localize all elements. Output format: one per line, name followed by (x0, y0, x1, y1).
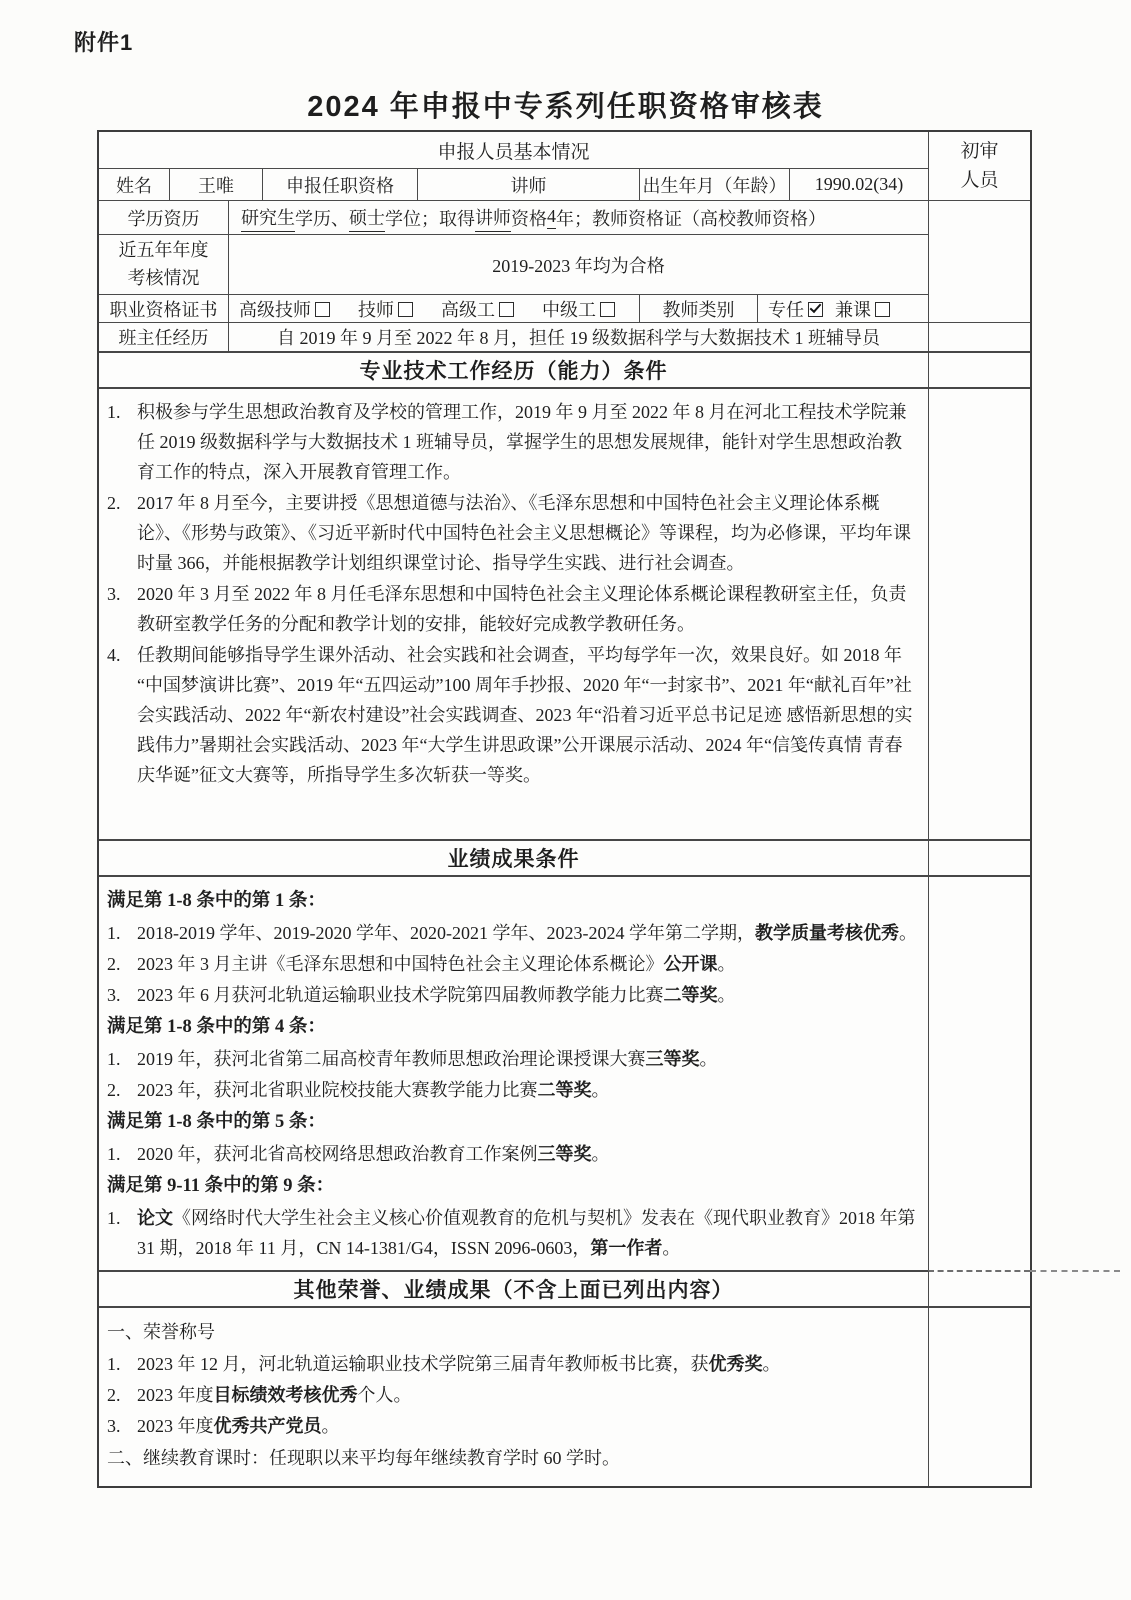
text-segment: 。 (662, 1238, 680, 1258)
text-segment: 一、荣誉称号 (107, 1322, 215, 1342)
item-text: 2019 年，获河北省第二届高校青年教师思想政治理论课授课大赛三等奖。 (137, 1044, 918, 1074)
text-segment: 。 (718, 985, 736, 1005)
reviewer-header: 初审人员 (928, 132, 1030, 200)
text-segment: 满足第 1-8 条中的第 1 条： (107, 891, 326, 911)
certificate-options: 高级技师技师高级工中级工 (229, 295, 639, 322)
section-title-ability: 专业技术工作经历（能力）条件 (99, 351, 928, 387)
checkbox-option: 专任 (768, 296, 823, 322)
text-segment: 三等奖 (646, 1049, 700, 1069)
text-segment: 2023 年 3 月主讲《毛泽东思想和中国特色社会主义理论体系概论》 (137, 954, 664, 974)
text-segment: 2019 年，获河北省第二届高校青年教师思想政治理论课授课大赛 (137, 1049, 646, 1069)
text-segment: 二、继续教育课时：任现职以来平均每年继续教育学时 60 学时。 (107, 1448, 620, 1468)
item-text: 2017 年 8 月至今，主要讲授《思想道德与法治》、《毛泽东思想和中国特色社会… (137, 488, 918, 578)
item-number: 2. (107, 1380, 137, 1410)
text-segment: 《网络时代大学生社会主义核心价值观教育的危机与契机》发表在《现代职业教育》201… (137, 1208, 916, 1258)
checkbox-checked-icon (808, 302, 823, 317)
checkbox-label: 高级工 (441, 300, 495, 320)
certificate-label: 职业资格证书 (99, 295, 229, 322)
reviewer-cell-empty (928, 387, 1030, 839)
item-text: 2023 年 12 月，河北轨道运输职业技术学院第三届青年教师板书比赛，获优秀奖… (137, 1349, 918, 1379)
text-segment: 讲师 (475, 204, 511, 232)
apply-qualification-value: 讲师 (417, 169, 639, 200)
item-text: 2023 年 3 月主讲《毛泽东思想和中国特色社会主义理论体系概论》公开课。 (137, 949, 918, 979)
text-segment: 三等奖 (538, 1144, 592, 1164)
item-text: 2020 年 3 月至 2022 年 8 月任毛泽东思想和中国特色社会主义理论体… (137, 579, 918, 639)
education-row: 学历资历 研究生学历、硕士学位；取得讲师资格 4 年；教师资格证（高校教师资格） (99, 200, 928, 234)
assessment-value: 2019-2023 年均为合格 (229, 235, 928, 294)
text-segment: 。 (899, 923, 917, 943)
list-item: 1.2020 年，获河北省高校网络思想政治教育工作案例三等奖。 (107, 1139, 918, 1169)
text-segment: 年；教师资格证（高校教师资格） (556, 205, 826, 231)
list-item: 3.2023 年 6 月获河北轨道运输职业技术学院第四届教师教学能力比赛二等奖。 (107, 980, 918, 1010)
text-segment: 研究生 (241, 204, 295, 232)
checkbox-empty-icon (499, 302, 514, 317)
text-segment: 满足第 9-11 条中的第 9 条： (107, 1176, 334, 1196)
item-text: 2023 年，获河北省职业院校技能大赛教学能力比赛二等奖。 (137, 1075, 918, 1105)
list-item: 1.2018-2019 学年、2019-2020 学年、2020-2021 学年… (107, 918, 918, 948)
certificate-row: 职业资格证书 高级技师技师高级工中级工 教师类别 专任兼课 (99, 294, 928, 322)
list-item: 2.2017 年 8 月至今，主要讲授《思想道德与法治》、《毛泽东思想和中国特色… (107, 488, 918, 578)
text-segment: 资格 (511, 205, 547, 231)
item-text: 2023 年度目标绩效考核优秀个人。 (137, 1380, 918, 1410)
checkbox-label: 高级技师 (239, 300, 311, 320)
text-segment: 优秀共产党员 (214, 1416, 322, 1436)
item-text: 2023 年 6 月获河北轨道运输职业技术学院第四届教师教学能力比赛二等奖。 (137, 980, 918, 1010)
text-segment: 学位；取得 (385, 205, 475, 231)
item-number: 3. (107, 579, 137, 639)
item-number: 3. (107, 1411, 137, 1441)
review-form-table: 申报人员基本情况 初审人员 姓名 王唯 申报任职资格 讲师 出生年月（年龄） 1… (97, 130, 1032, 1488)
list-item: 1.积极参与学生思想政治教育及学校的管理工作，2019 年 9 月至 2022 … (107, 397, 918, 487)
text-segment: 2023 年，获河北省职业院校技能大赛教学能力比赛 (137, 1080, 538, 1100)
checkbox-label: 中级工 (542, 300, 596, 320)
text-segment: 。 (700, 1049, 718, 1069)
list-item: 1.2019 年，获河北省第二届高校青年教师思想政治理论课授课大赛三等奖。 (107, 1044, 918, 1074)
text-segment: 。 (322, 1416, 340, 1436)
reviewer-cell-empty (928, 1306, 1030, 1486)
text-segment: 。 (763, 1354, 781, 1374)
checkbox-empty-icon (398, 302, 413, 317)
checkbox-option: 技师 (358, 296, 413, 322)
checkbox-label: 技师 (358, 300, 394, 320)
item-number: 1. (107, 1139, 137, 1169)
reviewer-cell-empty (928, 351, 1030, 387)
text-segment: 二等奖 (664, 985, 718, 1005)
condition-heading: 满足第 1-8 条中的第 1 条： (107, 886, 918, 916)
item-number: 1. (107, 397, 137, 487)
text-line: 一、荣誉称号 (107, 1317, 918, 1347)
assessment-row: 近五年年度 考核情况 2019-2023 年均为合格 (99, 234, 928, 294)
checkbox-empty-icon (600, 302, 615, 317)
item-number: 1. (107, 1349, 137, 1379)
list-item: 3.2020 年 3 月至 2022 年 8 月任毛泽东思想和中国特色社会主义理… (107, 579, 918, 639)
text-segment: 目标绩效考核优秀 (214, 1385, 358, 1405)
list-item: 1.2023 年 12 月，河北轨道运输职业技术学院第三届青年教师板书比赛，获优… (107, 1349, 918, 1379)
item-number: 1. (107, 1044, 137, 1074)
apply-qualification-label: 申报任职资格 (262, 169, 417, 200)
education-value: 研究生学历、硕士学位；取得讲师资格 4 年；教师资格证（高校教师资格） (229, 201, 928, 234)
item-number: 1. (107, 918, 137, 948)
reviewer-cell-empty (928, 875, 1030, 1270)
text-segment: 论文 (137, 1208, 173, 1228)
homeroom-value: 自 2019 年 9 月至 2022 年 8 月，担任 19 级数据科学与大数据… (229, 323, 928, 351)
list-item: 2.2023 年度目标绩效考核优秀个人。 (107, 1380, 918, 1410)
reviewer-cell-empty-dashed (928, 1270, 1030, 1306)
text-segment: 优秀奖 (709, 1354, 763, 1374)
section-title-achievement: 业绩成果条件 (99, 839, 928, 875)
section-content-other: 一、荣誉称号1.2023 年 12 月，河北轨道运输职业技术学院第三届青年教师板… (99, 1306, 928, 1486)
text-segment: 2018-2019 学年、2019-2020 学年、2020-2021 学年、2… (137, 923, 755, 943)
list-item: 4.任教期间能够指导学生课外活动、社会实践和社会调查，平均每学年一次，效果良好。… (107, 640, 918, 790)
checkbox-empty-icon (315, 302, 330, 317)
teacher-type-label: 教师类别 (639, 295, 757, 322)
reviewer-cell-empty (928, 322, 1030, 351)
text-line: 二、继续教育课时：任现职以来平均每年继续教育学时 60 学时。 (107, 1443, 918, 1473)
text-segment: 。 (718, 954, 736, 974)
checkbox-label: 兼课 (835, 300, 871, 320)
teacher-type-options: 专任兼课 (757, 295, 928, 322)
item-text: 任教期间能够指导学生课外活动、社会实践和社会调查，平均每学年一次，效果良好。如 … (137, 640, 918, 790)
condition-heading: 满足第 9-11 条中的第 9 条： (107, 1171, 918, 1201)
text-segment: 满足第 1-8 条中的第 5 条： (107, 1112, 326, 1132)
checkbox-option: 中级工 (542, 296, 615, 322)
document-page: 附件1 2024 年申报中专系列任职资格审核表 申报人员基本情况 初审人员 姓名… (0, 0, 1131, 1600)
text-segment: 满足第 1-8 条中的第 4 条： (107, 1017, 326, 1037)
assessment-label: 近五年年度 考核情况 (99, 235, 229, 294)
name-value: 王唯 (169, 169, 262, 200)
basic-info-row: 姓名 王唯 申报任职资格 讲师 出生年月（年龄） 1990.02(34) (99, 168, 928, 200)
reviewer-cell-empty (928, 839, 1030, 875)
text-segment: 二等奖 (538, 1080, 592, 1100)
section-content-ability: 1.积极参与学生思想政治教育及学校的管理工作，2019 年 9 月至 2022 … (99, 387, 928, 839)
item-number: 4. (107, 640, 137, 790)
checkbox-empty-icon (875, 302, 890, 317)
section-content-achievement: 满足第 1-8 条中的第 1 条：1.2018-2019 学年、2019-202… (99, 875, 928, 1270)
item-number: 2. (107, 949, 137, 979)
section-title-other: 其他荣誉、业绩成果（不含上面已列出内容） (99, 1270, 928, 1306)
text-segment: 。 (592, 1144, 610, 1164)
text-segment: 学历、 (295, 205, 349, 231)
text-segment: 2020 年 3 月至 2022 年 8 月任毛泽东思想和中国特色社会主义理论体… (137, 584, 907, 634)
checkbox-label: 专任 (768, 300, 804, 320)
name-label: 姓名 (99, 169, 169, 200)
reviewer-cell-empty (928, 200, 1030, 322)
condition-heading: 满足第 1-8 条中的第 5 条： (107, 1107, 918, 1137)
checkbox-option: 高级技师 (239, 296, 330, 322)
text-segment: 2017 年 8 月至今，主要讲授《思想道德与法治》、《毛泽东思想和中国特色社会… (137, 493, 911, 573)
item-number: 2. (107, 488, 137, 578)
list-item: 3.2023 年度优秀共产党员。 (107, 1411, 918, 1441)
item-number: 1. (107, 1203, 137, 1263)
text-segment: 。 (592, 1080, 610, 1100)
list-item: 2.2023 年，获河北省职业院校技能大赛教学能力比赛二等奖。 (107, 1075, 918, 1105)
text-segment: 公开课 (664, 954, 718, 974)
text-segment: 个人。 (358, 1385, 412, 1405)
item-text: 论文《网络时代大学生社会主义核心价值观教育的危机与契机》发表在《现代职业教育》2… (137, 1203, 918, 1263)
text-segment: 第一作者 (590, 1238, 662, 1258)
birth-value: 1990.02(34) (789, 169, 928, 200)
homeroom-row: 班主任经历 自 2019 年 9 月至 2022 年 8 月，担任 19 级数据… (99, 322, 928, 351)
education-label: 学历资历 (99, 201, 229, 234)
item-text: 积极参与学生思想政治教育及学校的管理工作，2019 年 9 月至 2022 年 … (137, 397, 918, 487)
text-segment: 任教期间能够指导学生课外活动、社会实践和社会调查，平均每学年一次，效果良好。如 … (137, 645, 912, 785)
checkbox-option: 高级工 (441, 296, 514, 322)
basic-info-header: 申报人员基本情况 (99, 132, 928, 168)
text-segment: 教学质量考核优秀 (755, 923, 899, 943)
list-item: 2.2023 年 3 月主讲《毛泽东思想和中国特色社会主义理论体系概论》公开课。 (107, 949, 918, 979)
text-segment: 硕士 (349, 204, 385, 232)
attachment-label: 附件1 (74, 26, 133, 57)
text-segment: 2020 年，获河北省高校网络思想政治教育工作案例 (137, 1144, 538, 1164)
text-segment: 4 (547, 206, 556, 229)
item-number: 3. (107, 980, 137, 1010)
condition-heading: 满足第 1-8 条中的第 4 条： (107, 1012, 918, 1042)
list-item: 1.论文《网络时代大学生社会主义核心价值观教育的危机与契机》发表在《现代职业教育… (107, 1203, 918, 1263)
item-text: 2018-2019 学年、2019-2020 学年、2020-2021 学年、2… (137, 918, 918, 948)
item-number: 2. (107, 1075, 137, 1105)
item-text: 2020 年，获河北省高校网络思想政治教育工作案例三等奖。 (137, 1139, 918, 1169)
text-segment: 2023 年 12 月，河北轨道运输职业技术学院第三届青年教师板书比赛，获 (137, 1354, 709, 1374)
text-segment: 积极参与学生思想政治教育及学校的管理工作，2019 年 9 月至 2022 年 … (137, 402, 907, 482)
item-text: 2023 年度优秀共产党员。 (137, 1411, 918, 1441)
birth-label: 出生年月（年龄） (639, 169, 789, 200)
text-segment: 2023 年度 (137, 1385, 214, 1405)
text-segment: 2023 年度 (137, 1416, 214, 1436)
page-title: 2024 年申报中专系列任职资格审核表 (0, 84, 1131, 125)
homeroom-label: 班主任经历 (99, 323, 229, 351)
text-segment: 2023 年 6 月获河北轨道运输职业技术学院第四届教师教学能力比赛 (137, 985, 664, 1005)
checkbox-option: 兼课 (835, 296, 890, 322)
